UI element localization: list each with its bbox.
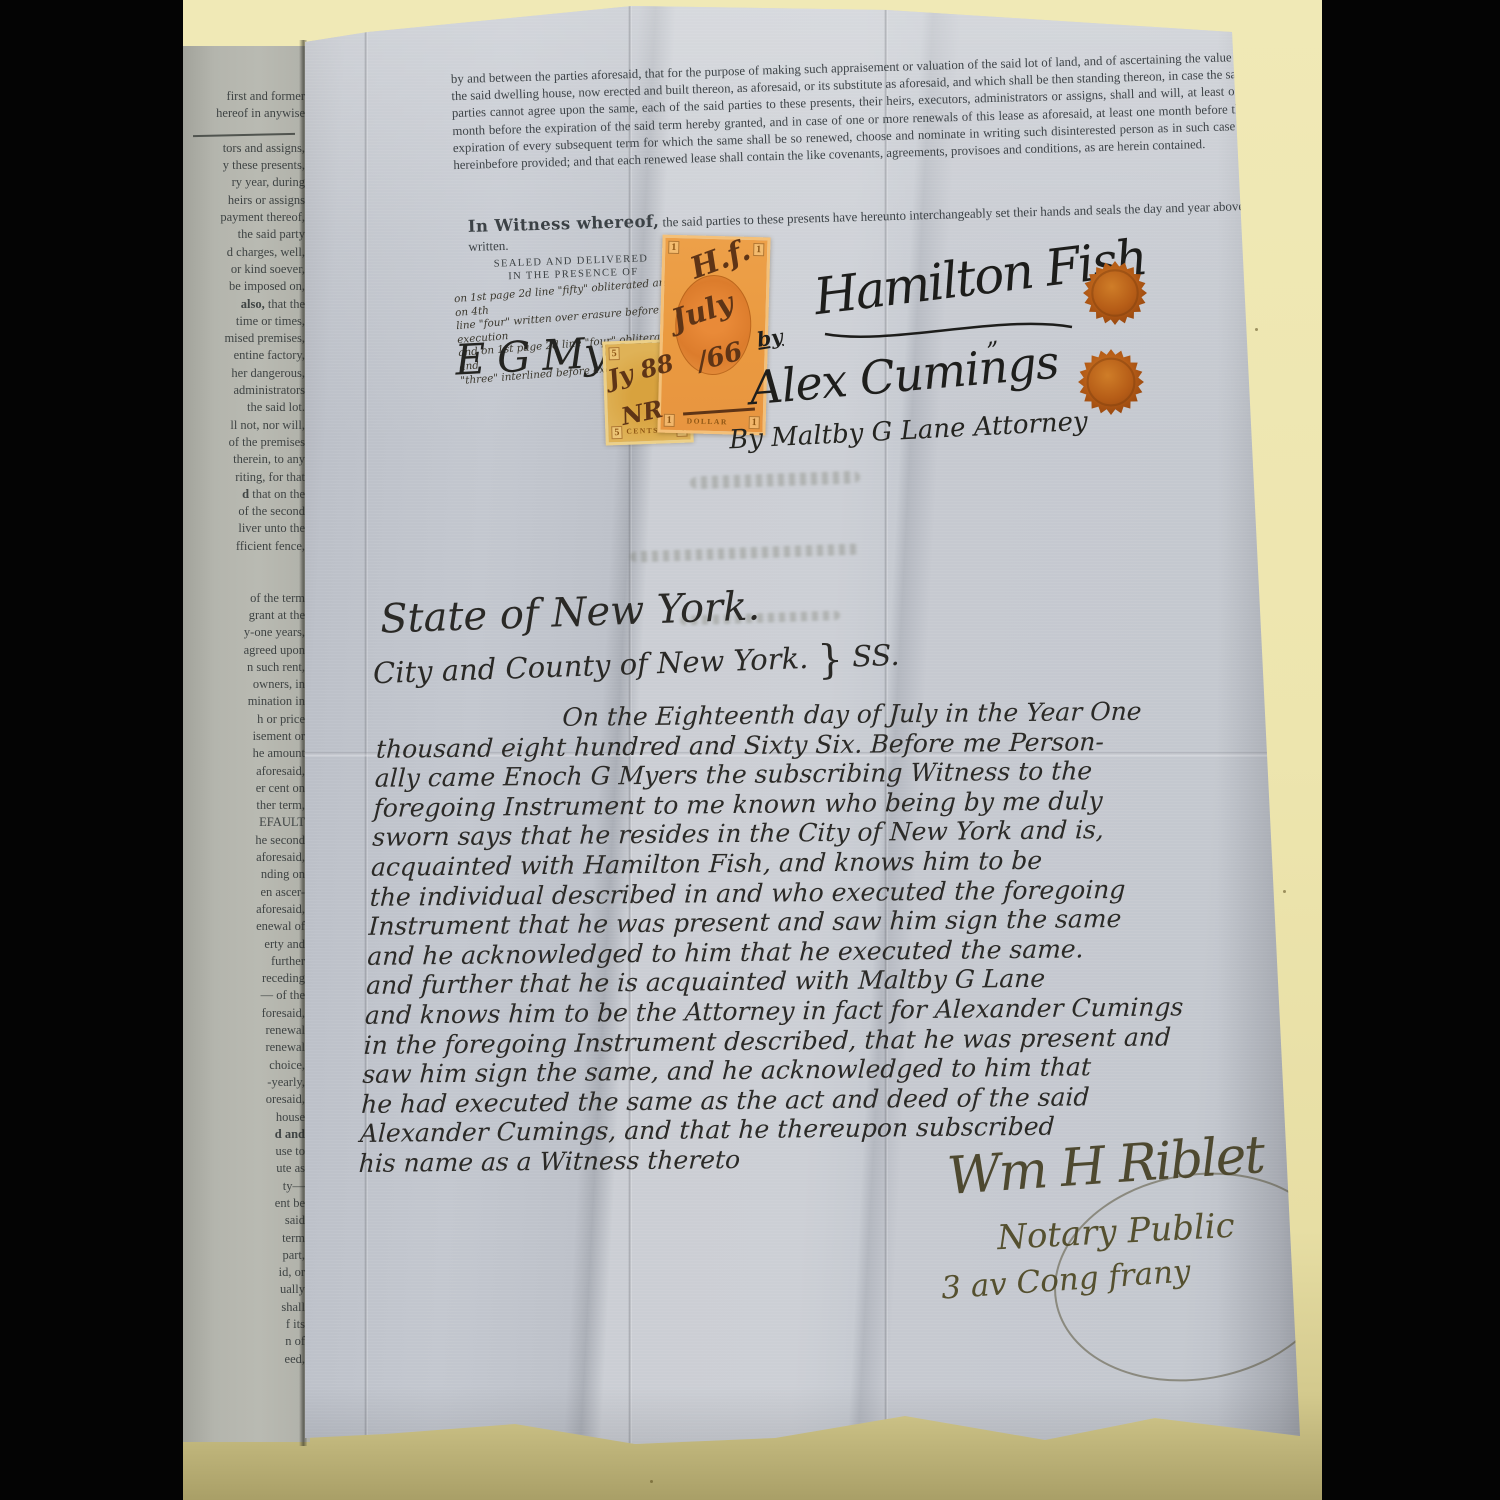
venue-county-line: City and County of New York. } SS. (372, 635, 900, 699)
ink-show-through (690, 471, 860, 490)
signature-alex-cumings: Alex Cumings (747, 335, 1060, 416)
wax-seal-upper (1082, 260, 1148, 326)
table-speck (1283, 890, 1286, 893)
venue-ss: SS. (852, 638, 901, 674)
table-speck (650, 1480, 653, 1483)
by-mark: by (755, 324, 784, 352)
signature-attorney-line: By Maltby G Lane Attorney (728, 407, 1088, 456)
venue-state-line: State of New York. (379, 583, 760, 642)
printed-lease-paragraph: by and between the parties aforesaid, th… (451, 49, 1249, 174)
venue-brace: } (817, 637, 844, 684)
witness-clause-lead: In Witness whereof, (468, 212, 660, 236)
document-main-sheet: by and between the parties aforesaid, th… (305, 6, 1305, 1456)
stamp-denomination: 1 (668, 241, 679, 254)
venue-county-text: City and County of New York. (372, 641, 808, 690)
fold-crease (364, 6, 368, 1456)
wax-seal-lower (1077, 348, 1145, 416)
photo-of-legal-document: first and formerhereof in anywise tors a… (0, 0, 1500, 1500)
stamp-label: DOLLAR (687, 416, 728, 426)
acknowledgment-body: On the Eighteenth day of July in the Yea… (358, 695, 1303, 1178)
folded-page-printed-column: first and formerhereof in anywise tors a… (183, 46, 310, 1442)
table-speck (1255, 328, 1258, 331)
stamp-denomination: 5 (608, 347, 619, 360)
ink-show-through (630, 543, 860, 562)
printed-column-fragments: first and formerhereof in anywise tors a… (185, 88, 307, 1368)
stamp-denomination: 5 (611, 426, 622, 439)
stamp-denomination: 1 (753, 243, 764, 256)
